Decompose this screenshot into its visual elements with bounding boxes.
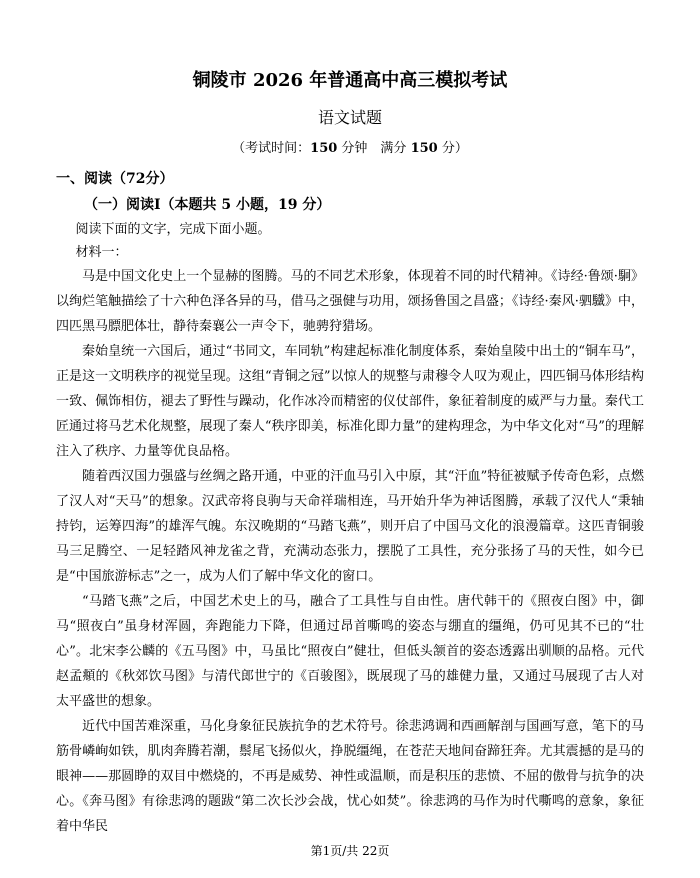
material-one-label: 材料一： — [56, 244, 644, 261]
exam-duration-value: 150 — [310, 141, 337, 156]
instruction-text: 阅读下面的文字，完成下面小题。 — [56, 221, 644, 238]
section-heading-reading: 一、阅读（72分） — [56, 170, 644, 188]
subsection-heading-reading-1: （一）阅读Ⅰ（本题共 5 小题，19 分） — [56, 196, 644, 214]
material-paragraph-1: 马是中国文化史上一个显赫的图腾。马的不同艺术形象，体现着不同的时代精神。《诗经·… — [56, 264, 644, 339]
exam-total-score-value: 150 — [411, 141, 438, 156]
page-number-indicator: 第1页/共 22页 — [56, 843, 644, 859]
exam-info-mid: 分钟 满分 — [337, 141, 410, 156]
exam-paper-page: 铜陵市 2026 年普通高中高三模拟考试 语文试题 （考试时间：150 分钟 满… — [0, 0, 700, 878]
material-paragraph-2: 秦始皇统一六国后，通过“书同文，车同轨”构建起标准化制度体系，秦始皇陵中出土的“… — [56, 339, 644, 464]
exam-info-line: （考试时间：150 分钟 满分 150 分） — [56, 140, 644, 157]
material-paragraph-3: 随着西汉国力强盛与丝绸之路开通，中亚的汗血马引入中原，其“汗血”特征被赋予传奇色… — [56, 464, 644, 589]
exam-info-prefix: （考试时间： — [232, 141, 310, 156]
exam-title: 铜陵市 2026 年普通高中高三模拟考试 — [56, 70, 644, 92]
exam-info-suffix: 分） — [438, 141, 468, 156]
material-paragraph-5: 近代中国苦难深重，马化身象征民族抗争的艺术符号。徐悲鸿调和西画解剖与国画写意，笔… — [56, 714, 644, 839]
exam-subtitle: 语文试题 — [56, 108, 644, 128]
material-paragraph-4: “马踏飞燕”之后，中国艺术史上的马，融合了工具性与自由性。唐代韩干的《照夜白图》… — [56, 589, 644, 714]
